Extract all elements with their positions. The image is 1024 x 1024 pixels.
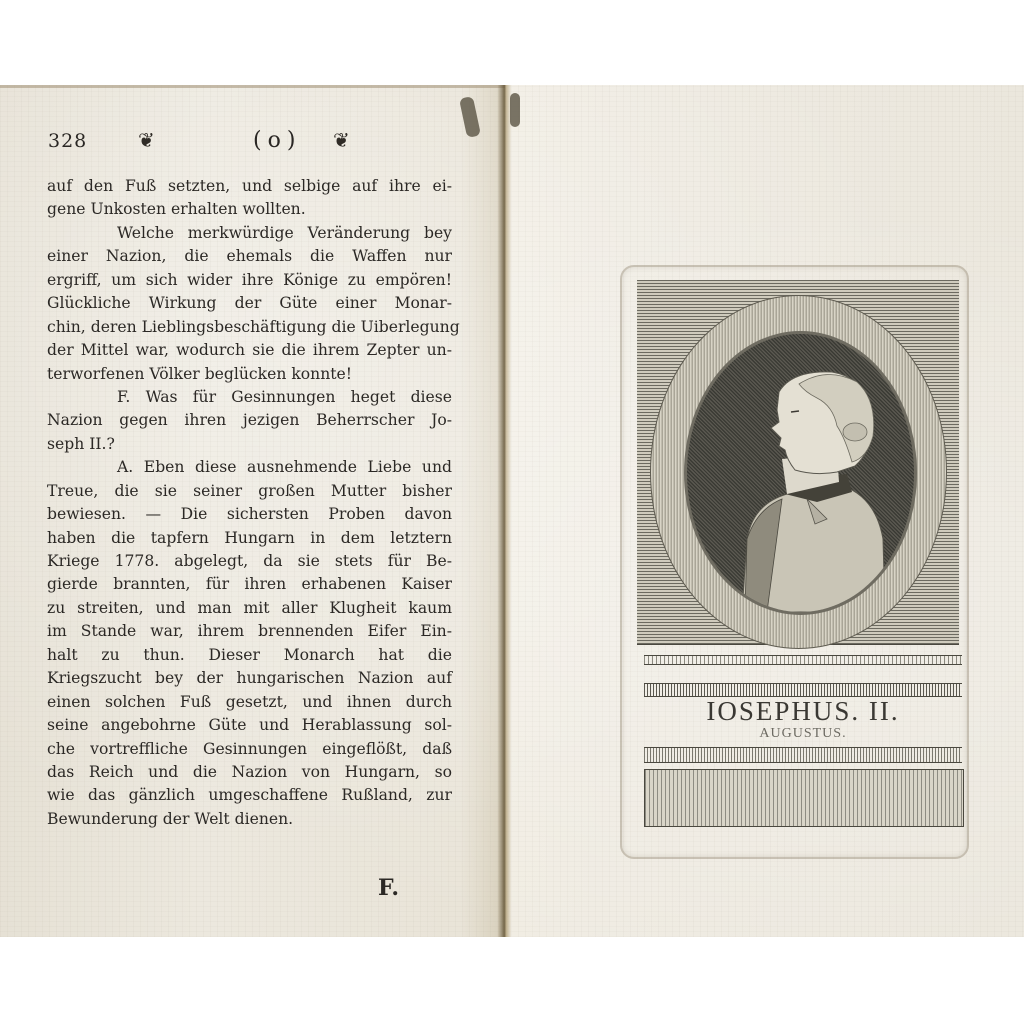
binding-thread-icon xyxy=(510,93,520,127)
text-line: terworfenen Völker beglücken konnte! xyxy=(47,363,452,386)
text-line: F. Was für Gesinnungen heget diese xyxy=(47,386,452,409)
catchword: F. xyxy=(378,875,399,901)
text-line: bewiesen. — Die sichersten Proben davon xyxy=(47,503,452,526)
text-line: Glückliche Wirkung der Güte einer Monar- xyxy=(47,292,452,315)
text-line: gierde brannten, für ihren erhabenen Kai… xyxy=(47,573,452,596)
book-spread: 328 ❦ (o) ❦ auf den Fuß setzten, und sel… xyxy=(0,85,1024,937)
text-line: Welche merkwürdige Veränderung bey xyxy=(47,222,452,245)
text-line: im Stande war, ihrem brennenden Eifer Ei… xyxy=(47,620,452,643)
text-line: Kriege 1778. abgelegt, da sie stets für … xyxy=(47,550,452,573)
text-line: seph II.? xyxy=(47,433,452,456)
floral-ornament-icon: ❦ xyxy=(138,128,155,152)
text-line: A. Eben diese ausnehmende Liebe und xyxy=(47,456,452,479)
ornamental-band xyxy=(644,747,962,763)
text-line: gene Unkosten erhalten wollten. xyxy=(47,198,452,221)
hatched-base xyxy=(644,769,964,827)
book-gutter xyxy=(498,85,512,937)
text-line: chin, deren Lieblingsbeschäftigung die U… xyxy=(47,316,452,339)
text-line: das Reich und die Nazion von Hungarn, so xyxy=(47,761,452,784)
text-line: halt zu thun. Dieser Monarch hat die xyxy=(47,644,452,667)
text-line: Nazion gegen ihren jezigen Beherrscher J… xyxy=(47,409,452,432)
text-line: auf den Fuß setzten, und selbige auf ihr… xyxy=(47,175,452,198)
text-line: der Mittel war, wodurch sie die ihrem Ze… xyxy=(47,339,452,362)
running-head: (o) xyxy=(253,128,301,153)
profile-portrait-icon xyxy=(687,334,914,612)
ornamental-band xyxy=(644,655,962,665)
text-line: che vortreffliche Gesinnungen eingeflößt… xyxy=(47,738,452,761)
page-header: 328 ❦ (o) ❦ xyxy=(48,128,448,158)
text-line: Treue, die sie seiner großen Mutter bish… xyxy=(47,480,452,503)
ornamental-band xyxy=(644,683,962,697)
floral-ornament-icon: ❦ xyxy=(333,128,350,152)
portrait-caption-subtitle: AUGUSTUS. xyxy=(644,726,962,742)
body-text: auf den Fuß setzten, und selbige auf ihr… xyxy=(47,175,452,831)
left-page: 328 ❦ (o) ❦ auf den Fuß setzten, und sel… xyxy=(0,85,505,937)
text-line: Bewunderung der Welt dienen. xyxy=(47,808,452,831)
portrait-caption-title: IOSEPHUS. II. xyxy=(644,696,962,727)
text-line: einer Nazion, die ehemals die Waffen nur xyxy=(47,245,452,268)
text-line: seine angebohrne Güte und Herablassung s… xyxy=(47,714,452,737)
text-line: wie das gänzlich umgeschaffene Rußland, … xyxy=(47,784,452,807)
text-line: haben die tapfern Hungarn in dem letzter… xyxy=(47,527,452,550)
page-number: 328 xyxy=(48,130,87,152)
text-line: einen solchen Fuß gesetzt, und ihnen dur… xyxy=(47,691,452,714)
text-line: zu streiten, und man mit aller Klugheit … xyxy=(47,597,452,620)
text-line: ergriff, um sich wider ihre Könige zu em… xyxy=(47,269,452,292)
text-line: Kriegszucht bey der hungarischen Nazion … xyxy=(47,667,452,690)
portrait-medallion xyxy=(684,331,917,615)
